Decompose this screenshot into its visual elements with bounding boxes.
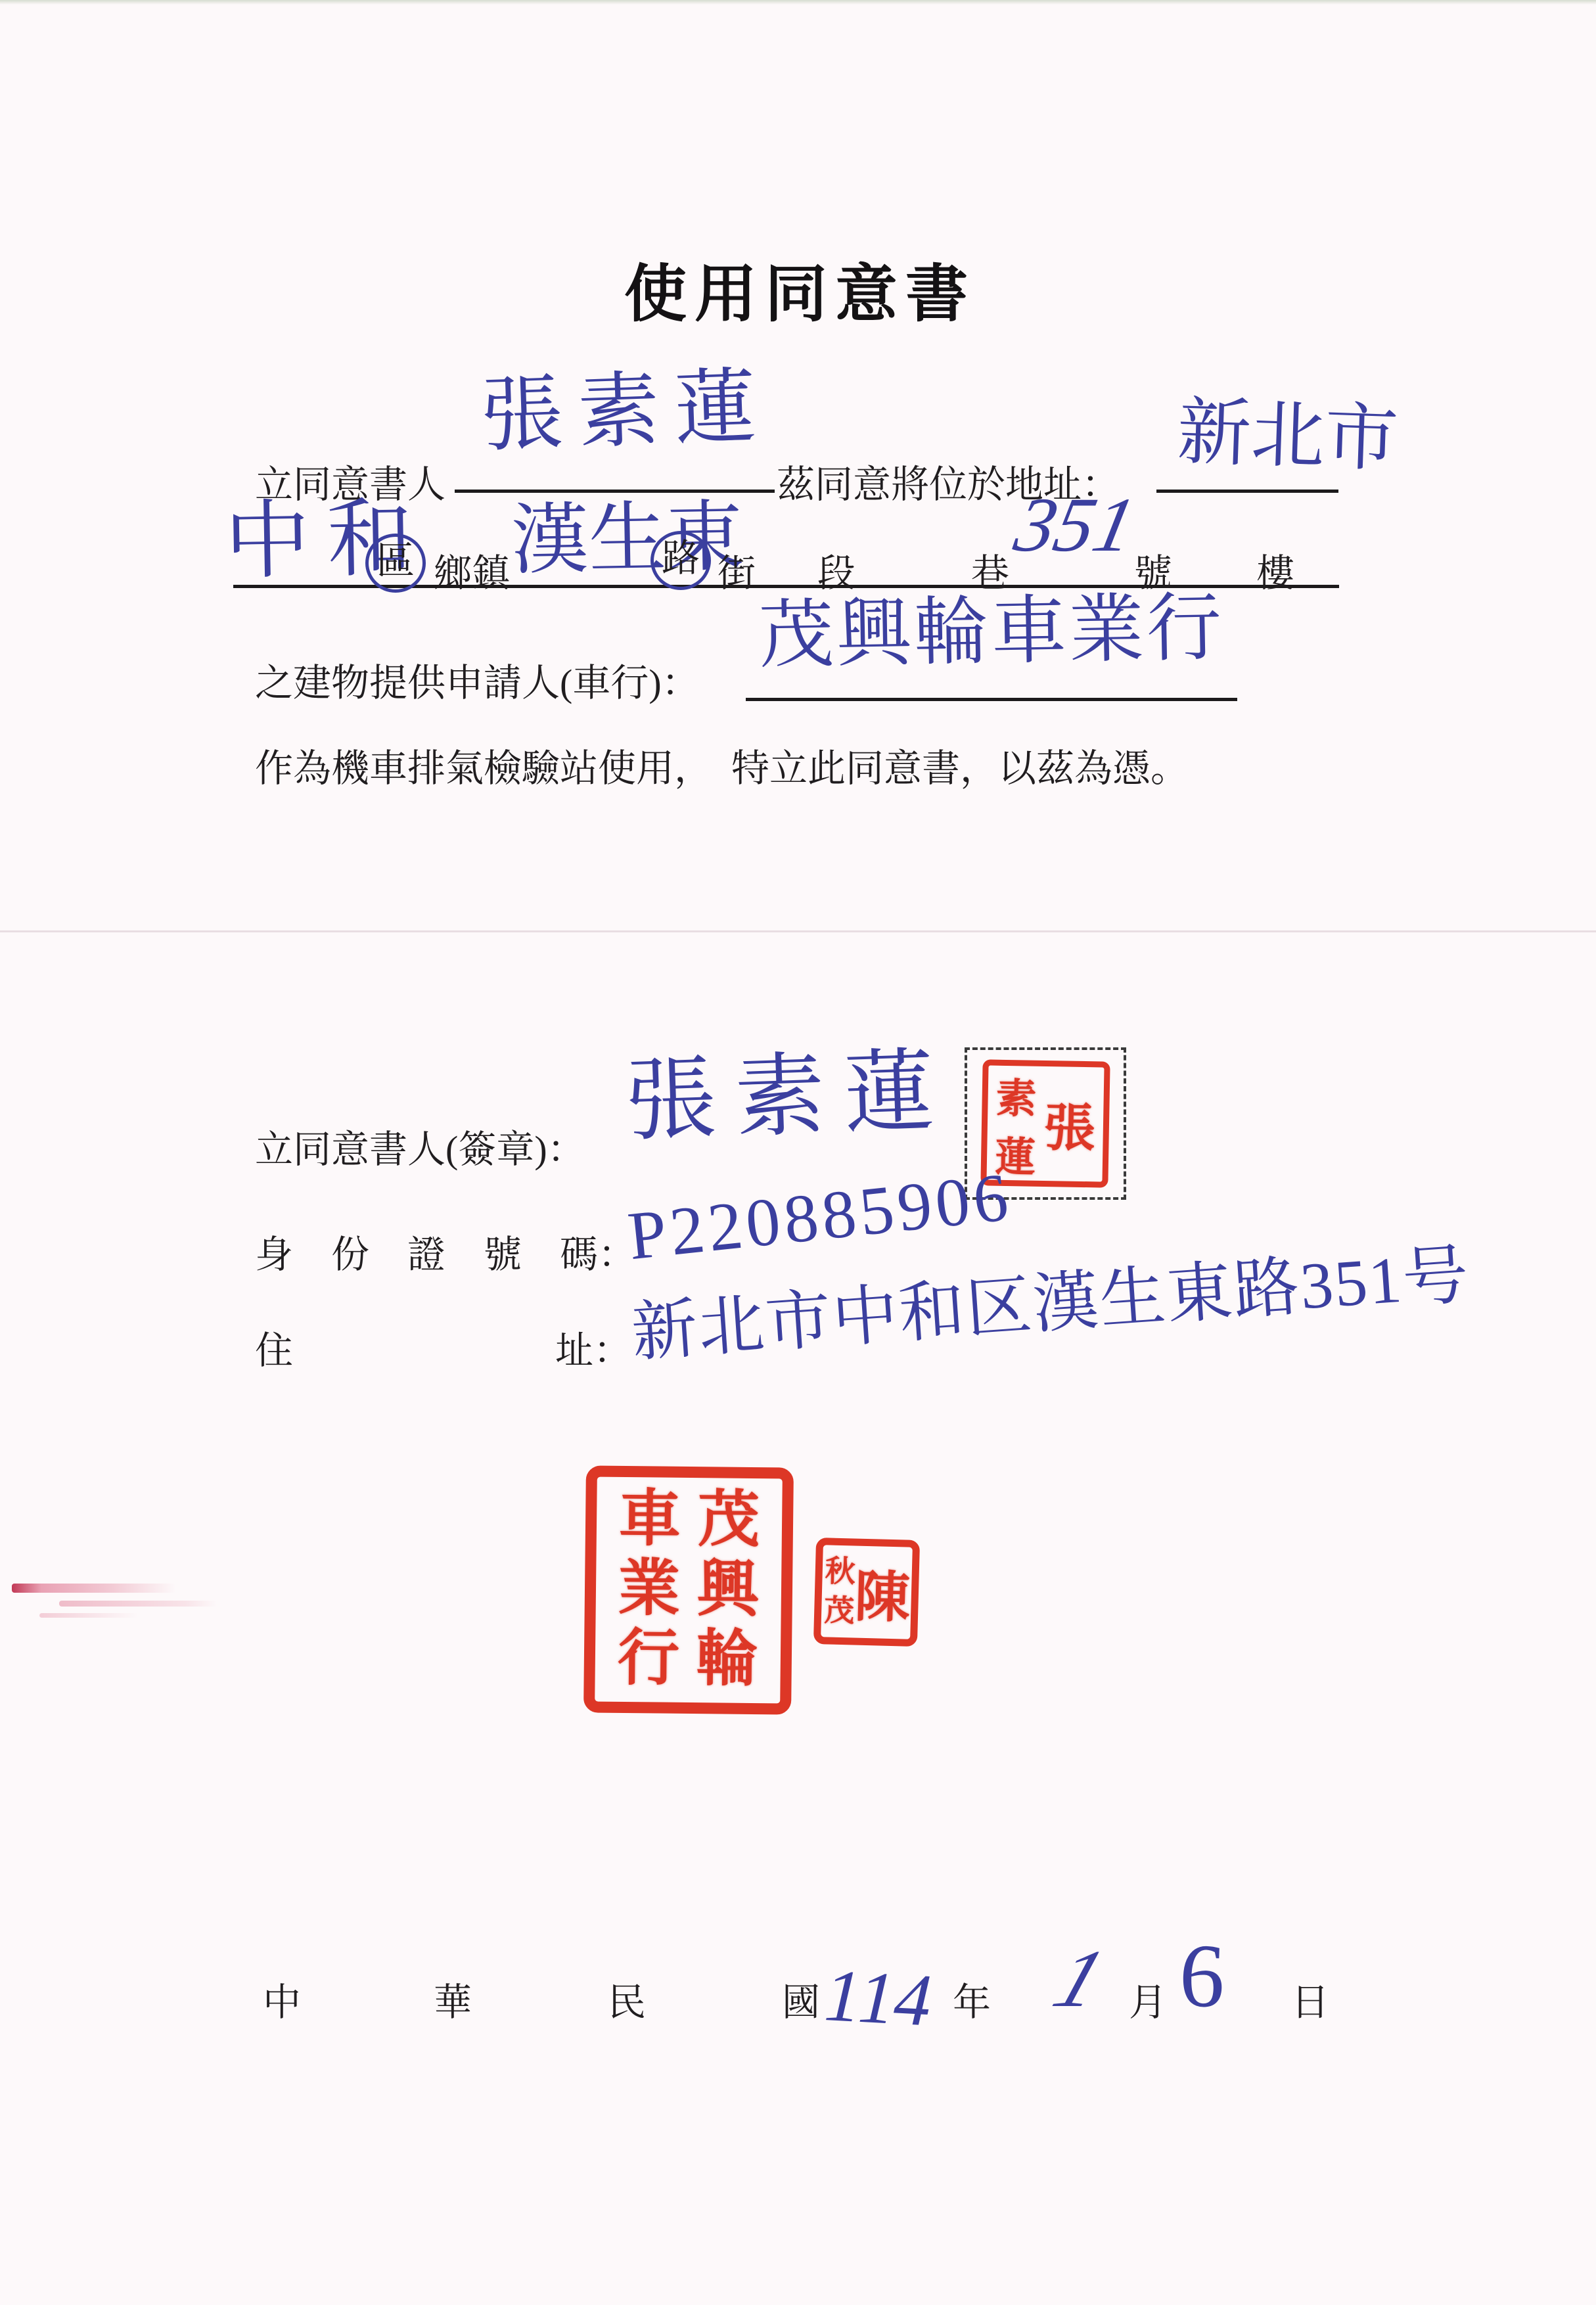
fill-in-underline bbox=[1156, 490, 1338, 493]
district-option: 區 bbox=[376, 539, 415, 582]
house-number-handwritten: 351 bbox=[1009, 486, 1141, 564]
township-option: 鄉鎮 bbox=[434, 542, 510, 597]
seal-char: 行 bbox=[617, 1627, 679, 1692]
date-char: 國 bbox=[782, 1971, 820, 2026]
seal-column-right: 張 bbox=[1043, 1066, 1096, 1181]
seal-column-right: 茂 興 輪 bbox=[696, 1483, 760, 1698]
seal-column-left: 秋 茂 bbox=[823, 1547, 855, 1635]
address-label-right: 址： bbox=[555, 1319, 631, 1375]
road-option-circled: 路 bbox=[650, 531, 711, 590]
city-handwritten: 新北市 bbox=[1176, 396, 1400, 477]
id-value-handwritten: P220885906 bbox=[625, 1163, 1015, 1271]
seal-char: 業 bbox=[618, 1557, 680, 1622]
year-value-handwritten: 114 bbox=[817, 1959, 940, 2038]
scanner-edge-artifact bbox=[0, 0, 1596, 5]
seal-char: 素 bbox=[995, 1066, 1037, 1125]
personal-seal-stamp: 陳 秋 茂 bbox=[813, 1538, 920, 1647]
street-option: 街 bbox=[718, 542, 756, 597]
section-option: 段 bbox=[817, 542, 855, 597]
date-char: 中 bbox=[263, 1971, 301, 2026]
year-label: 年 bbox=[953, 1971, 991, 2026]
day-label: 日 bbox=[1291, 1971, 1329, 2026]
pink-ink-smudge bbox=[39, 1613, 138, 1618]
seal-char: 茂 bbox=[698, 1488, 760, 1553]
date-char: 民 bbox=[608, 1971, 646, 2026]
fill-in-underline bbox=[455, 490, 775, 493]
applicant-label: 之建物提供申請人(車行)： bbox=[255, 652, 700, 707]
document-title: 使用同意書 bbox=[624, 244, 976, 334]
seal-column-right: 陳 bbox=[854, 1549, 911, 1637]
signature-handwritten: 張素蓮 bbox=[624, 1045, 955, 1147]
purpose-text: 作為機車排氣檢驗站使用， 特立此同意書，以茲為憑。 bbox=[255, 737, 1189, 792]
scanned-consent-document: 使用同意書 立同意書人 張素蓮 茲同意將位於地址： 新北市 中和 區 鄉鎮 漢生… bbox=[0, 0, 1596, 2305]
company-seal-stamp: 茂 興 輪 車 業 行 bbox=[583, 1465, 794, 1714]
seal-column-left: 車 業 行 bbox=[617, 1482, 681, 1697]
date-char: 華 bbox=[434, 1971, 472, 2026]
floor-option: 樓 bbox=[1256, 542, 1294, 597]
pen-circle-annotation: 區 bbox=[365, 534, 426, 593]
road-option: 路 bbox=[662, 537, 700, 580]
seal-char: 輪 bbox=[696, 1628, 758, 1693]
lane-option: 巷 bbox=[971, 542, 1009, 597]
seal-char: 車 bbox=[619, 1488, 681, 1553]
applicant-name-handwritten: 茂興輪車業行 bbox=[758, 591, 1225, 673]
signer-name-handwritten: 張素蓮 bbox=[480, 366, 772, 458]
paper-fold-seam bbox=[0, 930, 1596, 932]
seal-char: 興 bbox=[696, 1558, 759, 1623]
pink-ink-smudge bbox=[59, 1601, 217, 1607]
pink-ink-smudge bbox=[12, 1584, 176, 1593]
seal-char: 張 bbox=[1043, 1087, 1096, 1161]
seal-char: 秋 bbox=[825, 1555, 855, 1587]
district-option-circled: 區 bbox=[365, 534, 426, 593]
month-label: 月 bbox=[1129, 1971, 1167, 2026]
id-label: 身 份 證 號 碼： bbox=[255, 1223, 636, 1279]
address-label-left: 住 bbox=[255, 1319, 293, 1375]
day-value-handwritten: 6 bbox=[1178, 1930, 1227, 2022]
fill-in-underline bbox=[746, 698, 1237, 701]
month-value-handwritten: 1 bbox=[1037, 1938, 1122, 2020]
seal-char: 茂 bbox=[824, 1595, 855, 1627]
seal-char: 陳 bbox=[854, 1552, 911, 1633]
pen-circle-annotation: 路 bbox=[650, 531, 711, 590]
signature-label: 立同意書人(簽章)： bbox=[255, 1118, 585, 1174]
